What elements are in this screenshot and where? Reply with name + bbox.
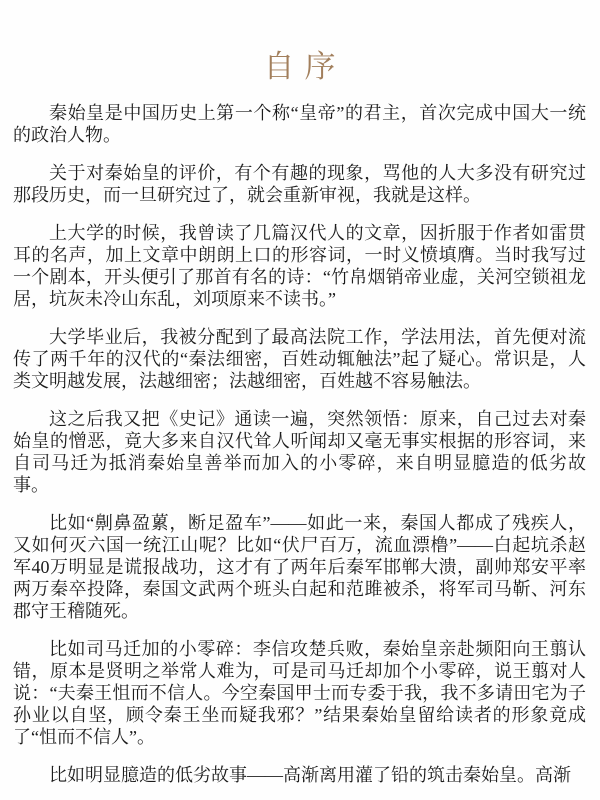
paragraph-court-work: 大学毕业后，我被分配到了最高法院工作，学法用法，首先便对流传了两千年的汉代的“秦… bbox=[13, 326, 586, 392]
paragraph-university: 上大学的时候，我曾读了几篇汉代人的文章，因折服于作者如雷贯耳的名声，加上文章中朗… bbox=[13, 222, 586, 310]
paragraph-intro: 秦始皇是中国历史上第一个称“皇帝”的君主，首次完成中国大一统的政治人物。 bbox=[13, 102, 586, 146]
paragraph-example-adjectives: 比如“劓鼻盈蔂，断足盈车”——如此一来，秦国人都成了残疾人，又如何灭六国一统江山… bbox=[13, 512, 586, 622]
page-title: 自序 bbox=[13, 48, 586, 85]
document-page: 自序 秦始皇是中国历史上第一个称“皇帝”的君主，首次完成中国大一统的政治人物。 … bbox=[0, 0, 600, 800]
paragraph-evaluation: 关于对秦始皇的评价，有个有趣的现象，骂他的人大多没有研究过那段历史，而一旦研究过… bbox=[13, 162, 586, 206]
paragraph-example-sima-qian: 比如司马迁加的小零碎：李信攻楚兵败，秦始皇亲赴频阳向王翦认错，原本是贤明之举常人… bbox=[13, 638, 586, 748]
paragraph-example-fabricated-story: 比如明显臆造的低劣故事——高渐离用灌了铅的筑击秦始皇。高渐 bbox=[13, 764, 586, 786]
paragraph-shiji-rereading: 这之后我又把《史记》通读一遍，突然领悟：原来，自己过去对秦始皇的憎恶，竟大多来自… bbox=[13, 408, 586, 496]
